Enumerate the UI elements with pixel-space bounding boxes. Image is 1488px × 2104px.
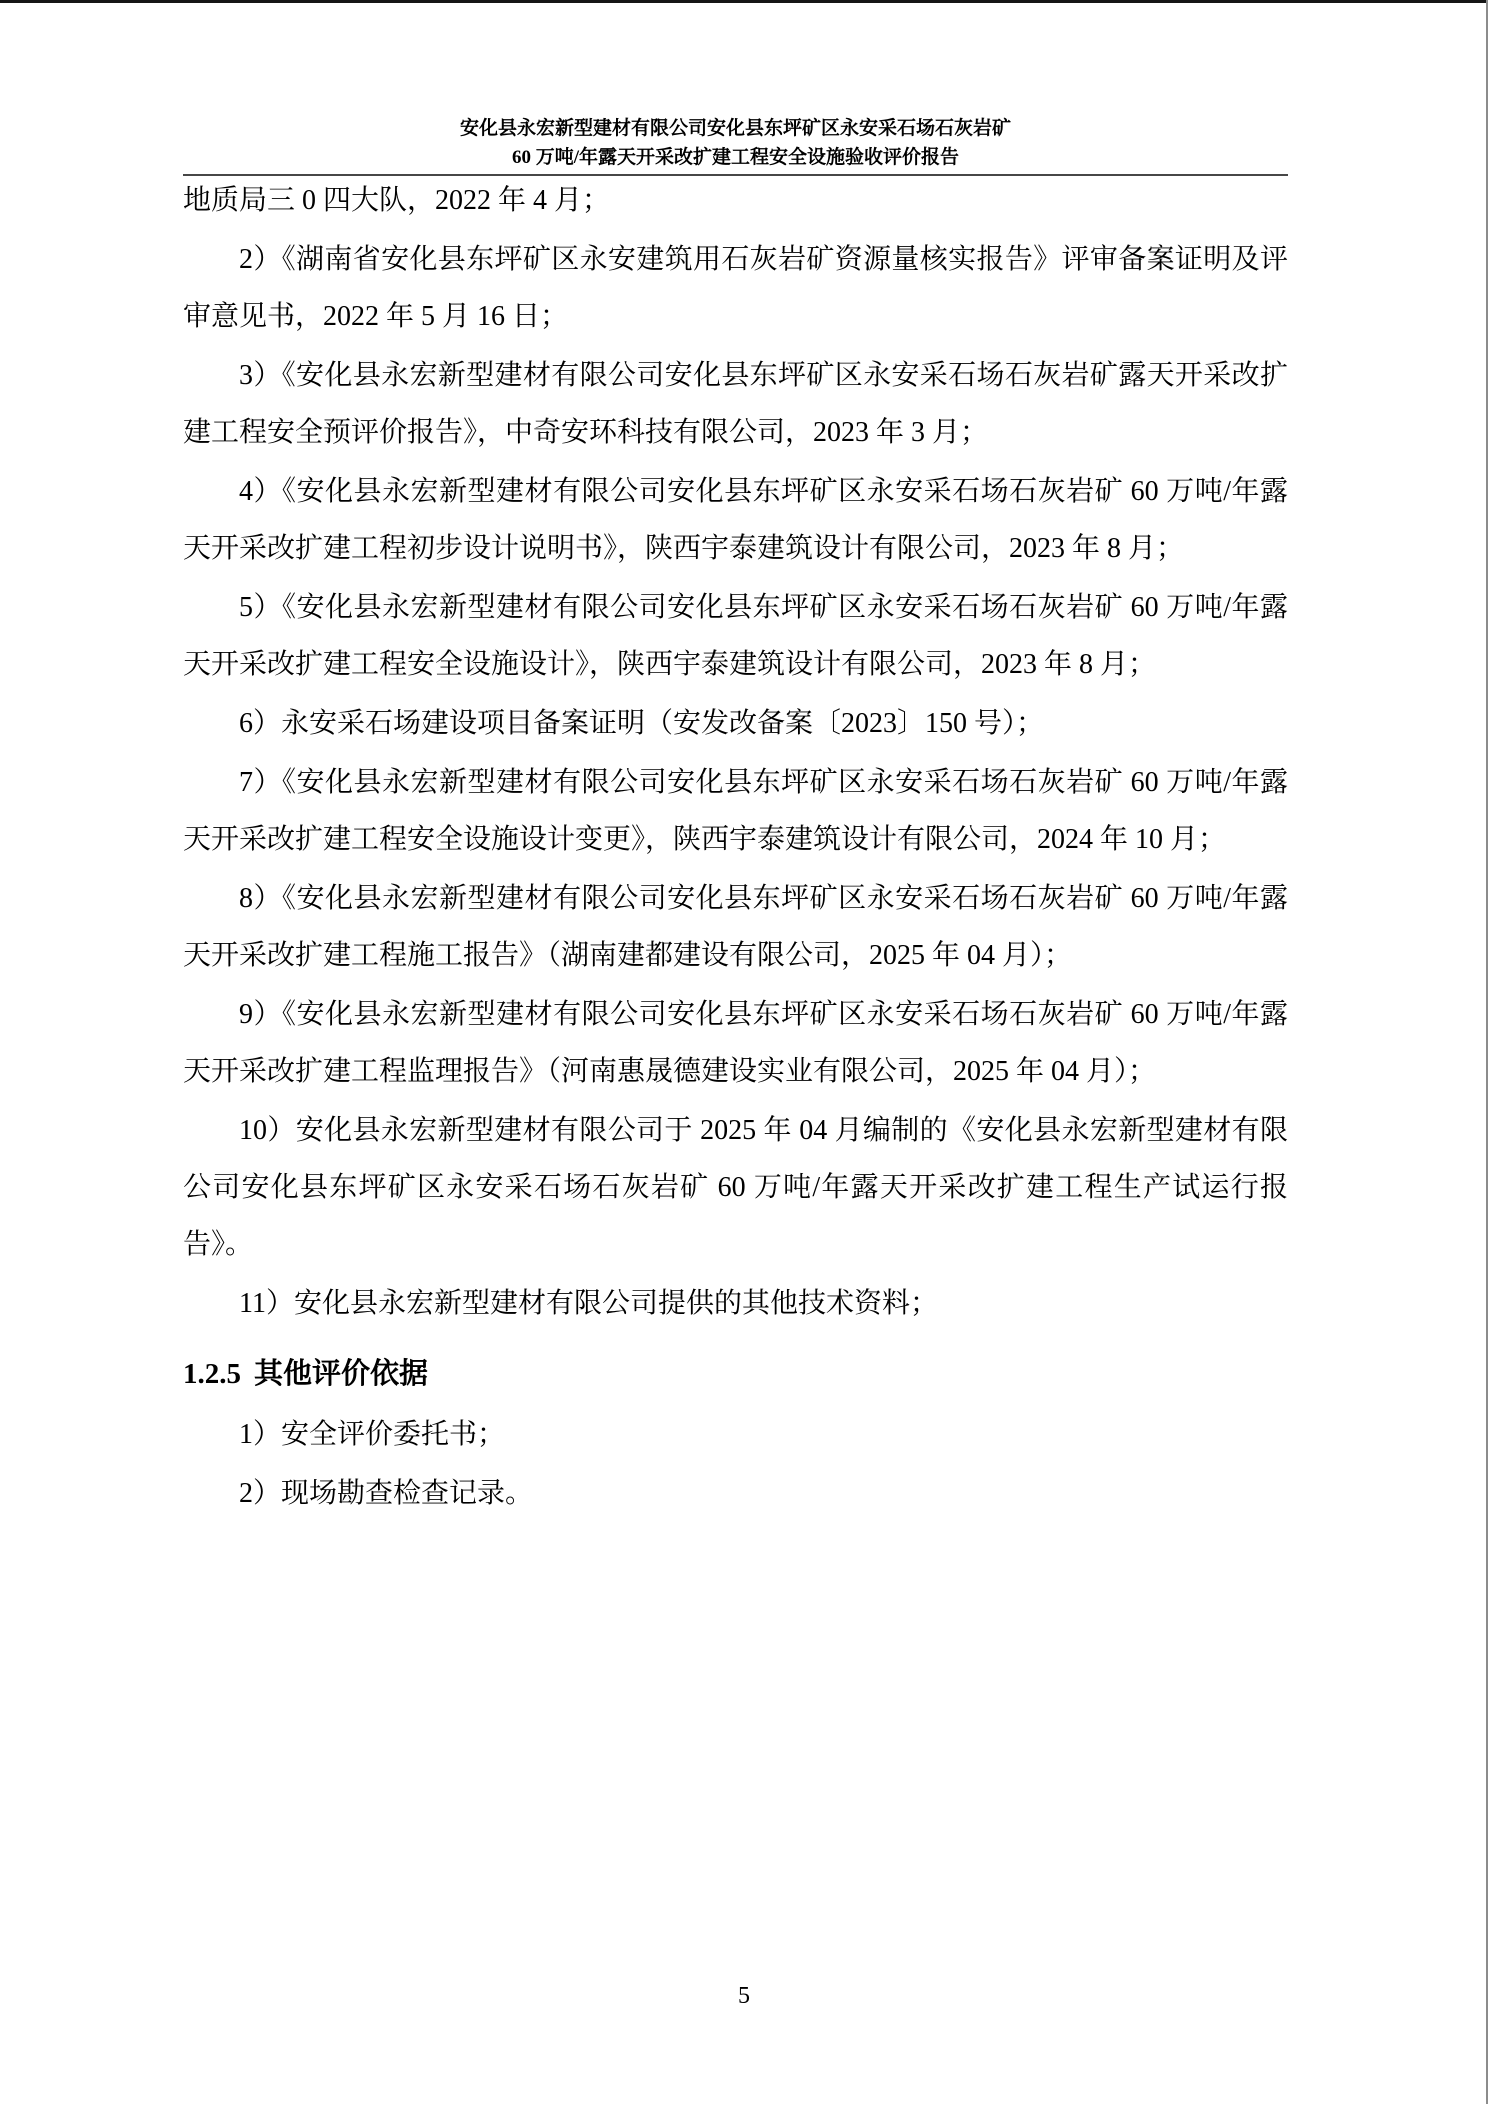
reference-item-6: 6）永安采石场建设项目备案证明（安发改备案〔2023〕150 号）； bbox=[183, 695, 1288, 752]
header-title-line2: 60 万吨/年露天开采改扩建工程安全设施验收评价报告 bbox=[183, 143, 1288, 172]
header-title-line1: 安化县永宏新型建材有限公司安化县东坪矿区永安采石场石灰岩矿 bbox=[183, 114, 1288, 143]
reference-item-7: 7）《安化县永宏新型建材有限公司安化县东坪矿区永安采石场石灰岩矿 60 万吨/年… bbox=[183, 754, 1288, 868]
reference-item-3: 3）《安化县永宏新型建材有限公司安化县东坪矿区永安采石场石灰岩矿露天开采改扩建工… bbox=[183, 347, 1288, 461]
other-basis-item-2: 2）现场勘查检查记录。 bbox=[183, 1465, 1288, 1522]
section-heading: 1.2.5其他评价依据 bbox=[183, 1346, 1288, 1403]
reference-item-11: 11）安化县永宏新型建材有限公司提供的其他技术资料； bbox=[183, 1275, 1288, 1332]
window-top-border bbox=[0, 0, 1488, 3]
page-footer: 5 bbox=[0, 1982, 1488, 2010]
page-header: 安化县永宏新型建材有限公司安化县东坪矿区永安采石场石灰岩矿 60 万吨/年露天开… bbox=[183, 114, 1288, 176]
reference-item-5: 5）《安化县永宏新型建材有限公司安化县东坪矿区永安采石场石灰岩矿 60 万吨/年… bbox=[183, 579, 1288, 693]
reference-item-4: 4）《安化县永宏新型建材有限公司安化县东坪矿区永安采石场石灰岩矿 60 万吨/年… bbox=[183, 463, 1288, 577]
reference-item-8: 8）《安化县永宏新型建材有限公司安化县东坪矿区永安采石场石灰岩矿 60 万吨/年… bbox=[183, 870, 1288, 984]
page-number: 5 bbox=[738, 1983, 750, 2009]
other-basis-item-1: 1）安全评价委托书； bbox=[183, 1406, 1288, 1463]
section-title: 其他评价依据 bbox=[254, 1358, 428, 1390]
document-body: 地质局三 0 四大队，2022 年 4 月； 2）《湖南省安化县东坪矿区永安建筑… bbox=[183, 172, 1288, 1524]
reference-item-2: 2）《湖南省安化县东坪矿区永安建筑用石灰岩矿资源量核实报告》评审备案证明及评审意… bbox=[183, 231, 1288, 345]
section-number: 1.2.5 bbox=[183, 1358, 241, 1390]
report-page: 安化县永宏新型建材有限公司安化县东坪矿区永安采石场石灰岩矿 60 万吨/年露天开… bbox=[0, 0, 1488, 2104]
reference-item-9: 9）《安化县永宏新型建材有限公司安化县东坪矿区永安采石场石灰岩矿 60 万吨/年… bbox=[183, 986, 1288, 1100]
continuation-paragraph: 地质局三 0 四大队，2022 年 4 月； bbox=[183, 172, 1288, 229]
reference-item-10: 10）安化县永宏新型建材有限公司于 2025 年 04 月编制的《安化县永宏新型… bbox=[183, 1102, 1288, 1273]
